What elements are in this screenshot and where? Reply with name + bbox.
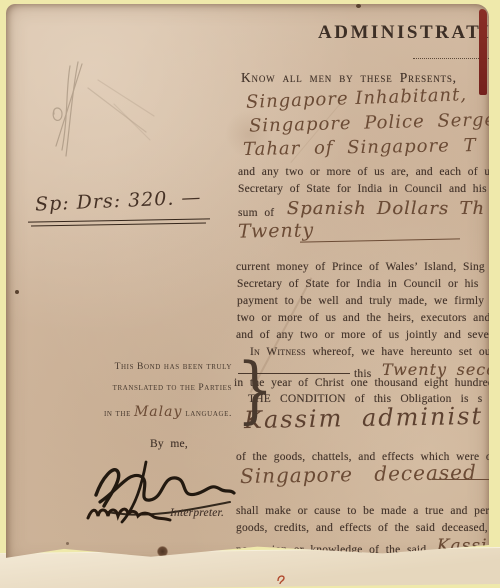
by-me-label: By me,	[150, 438, 188, 450]
attestation-line-2: translated to the Parties	[20, 383, 232, 393]
interpreter-signature-flourish	[84, 502, 174, 526]
under-page-edge	[0, 547, 500, 588]
paper-speck	[15, 290, 19, 294]
printed-clause-1: and any two or more of us are, and each …	[238, 166, 490, 178]
translation-attestation: This Bond has been truly translated to t…	[20, 362, 232, 431]
witness-line: In Witness whereof, we have hereunto set…	[250, 346, 500, 358]
sum-note-underline-2	[31, 222, 206, 226]
handwritten-place-deceased: Singapore deceased	[240, 460, 477, 488]
paper-speck	[66, 542, 69, 545]
interpreter-label: Interpreter.	[170, 507, 224, 519]
printed-clause-8: in the year of Christ one thousand eight…	[234, 377, 500, 389]
handwritten-obligor-2: Singapore Police Sergeant	[249, 108, 500, 136]
handwritten-obligor-3: Tahar of Singapore T	[243, 135, 477, 160]
printed-clause-7: and of any two or more of us jointly and…	[236, 329, 500, 341]
margin-sum-note: Sp: Drs: 320. —	[35, 186, 202, 215]
printed-clause-6: two or more of us and the heirs, executo…	[237, 312, 490, 324]
ink-rule-after-deceased	[432, 479, 496, 480]
witness-rest: whereof, we have hereunto set our h	[306, 346, 500, 358]
handwritten-administrator-name: Kassim administ	[244, 402, 484, 434]
printed-clause-3: current money of Prince of Wales’ Island…	[236, 261, 485, 273]
scanned-document-scene: ADMINISTRATIO Know all men by these Pres…	[0, 0, 500, 588]
red-book-edge	[479, 9, 487, 95]
handwritten-obligor-1: Singapore Inhabitant,	[246, 84, 468, 113]
handwritten-language: Malay	[134, 404, 182, 420]
printed-clause-4: Secretary of State for India in Council …	[237, 278, 479, 290]
document-title: ADMINISTRATIO	[318, 22, 500, 44]
printed-clause-2: Secretary of State for India in Council …	[238, 183, 487, 195]
printed-clause-10: shall make or cause to be made a true an…	[236, 505, 494, 517]
attestation-line-1: This Bond has been truly	[20, 362, 232, 372]
pencil-scribble	[28, 58, 158, 168]
printed-clause-11: goods, credits, and effects of the said …	[236, 522, 500, 534]
bond-document-paper: ADMINISTRATIO Know all men by these Pres…	[6, 4, 489, 564]
ink-rule-after-twenty	[300, 238, 460, 242]
presents-line: Know all men by these Presents,	[241, 70, 457, 86]
attestation-line-3: in the Malay language.	[20, 404, 232, 420]
sum-label: sum of	[238, 207, 274, 219]
handwritten-sum-2: Twenty	[238, 219, 314, 242]
paper-speck	[356, 4, 361, 8]
printed-clause-5: payment to be well and truly made, we fi…	[237, 295, 497, 307]
attestation-line-3-post: language.	[182, 409, 232, 419]
attestation-line-3-pre: in the	[104, 409, 134, 419]
attestation-brace: }	[237, 352, 274, 426]
handwritten-sum: Spanish Dollars Th	[287, 198, 485, 219]
sum-line: sum of Spanish Dollars Th	[238, 200, 479, 221]
red-pencil-mark	[276, 572, 286, 586]
